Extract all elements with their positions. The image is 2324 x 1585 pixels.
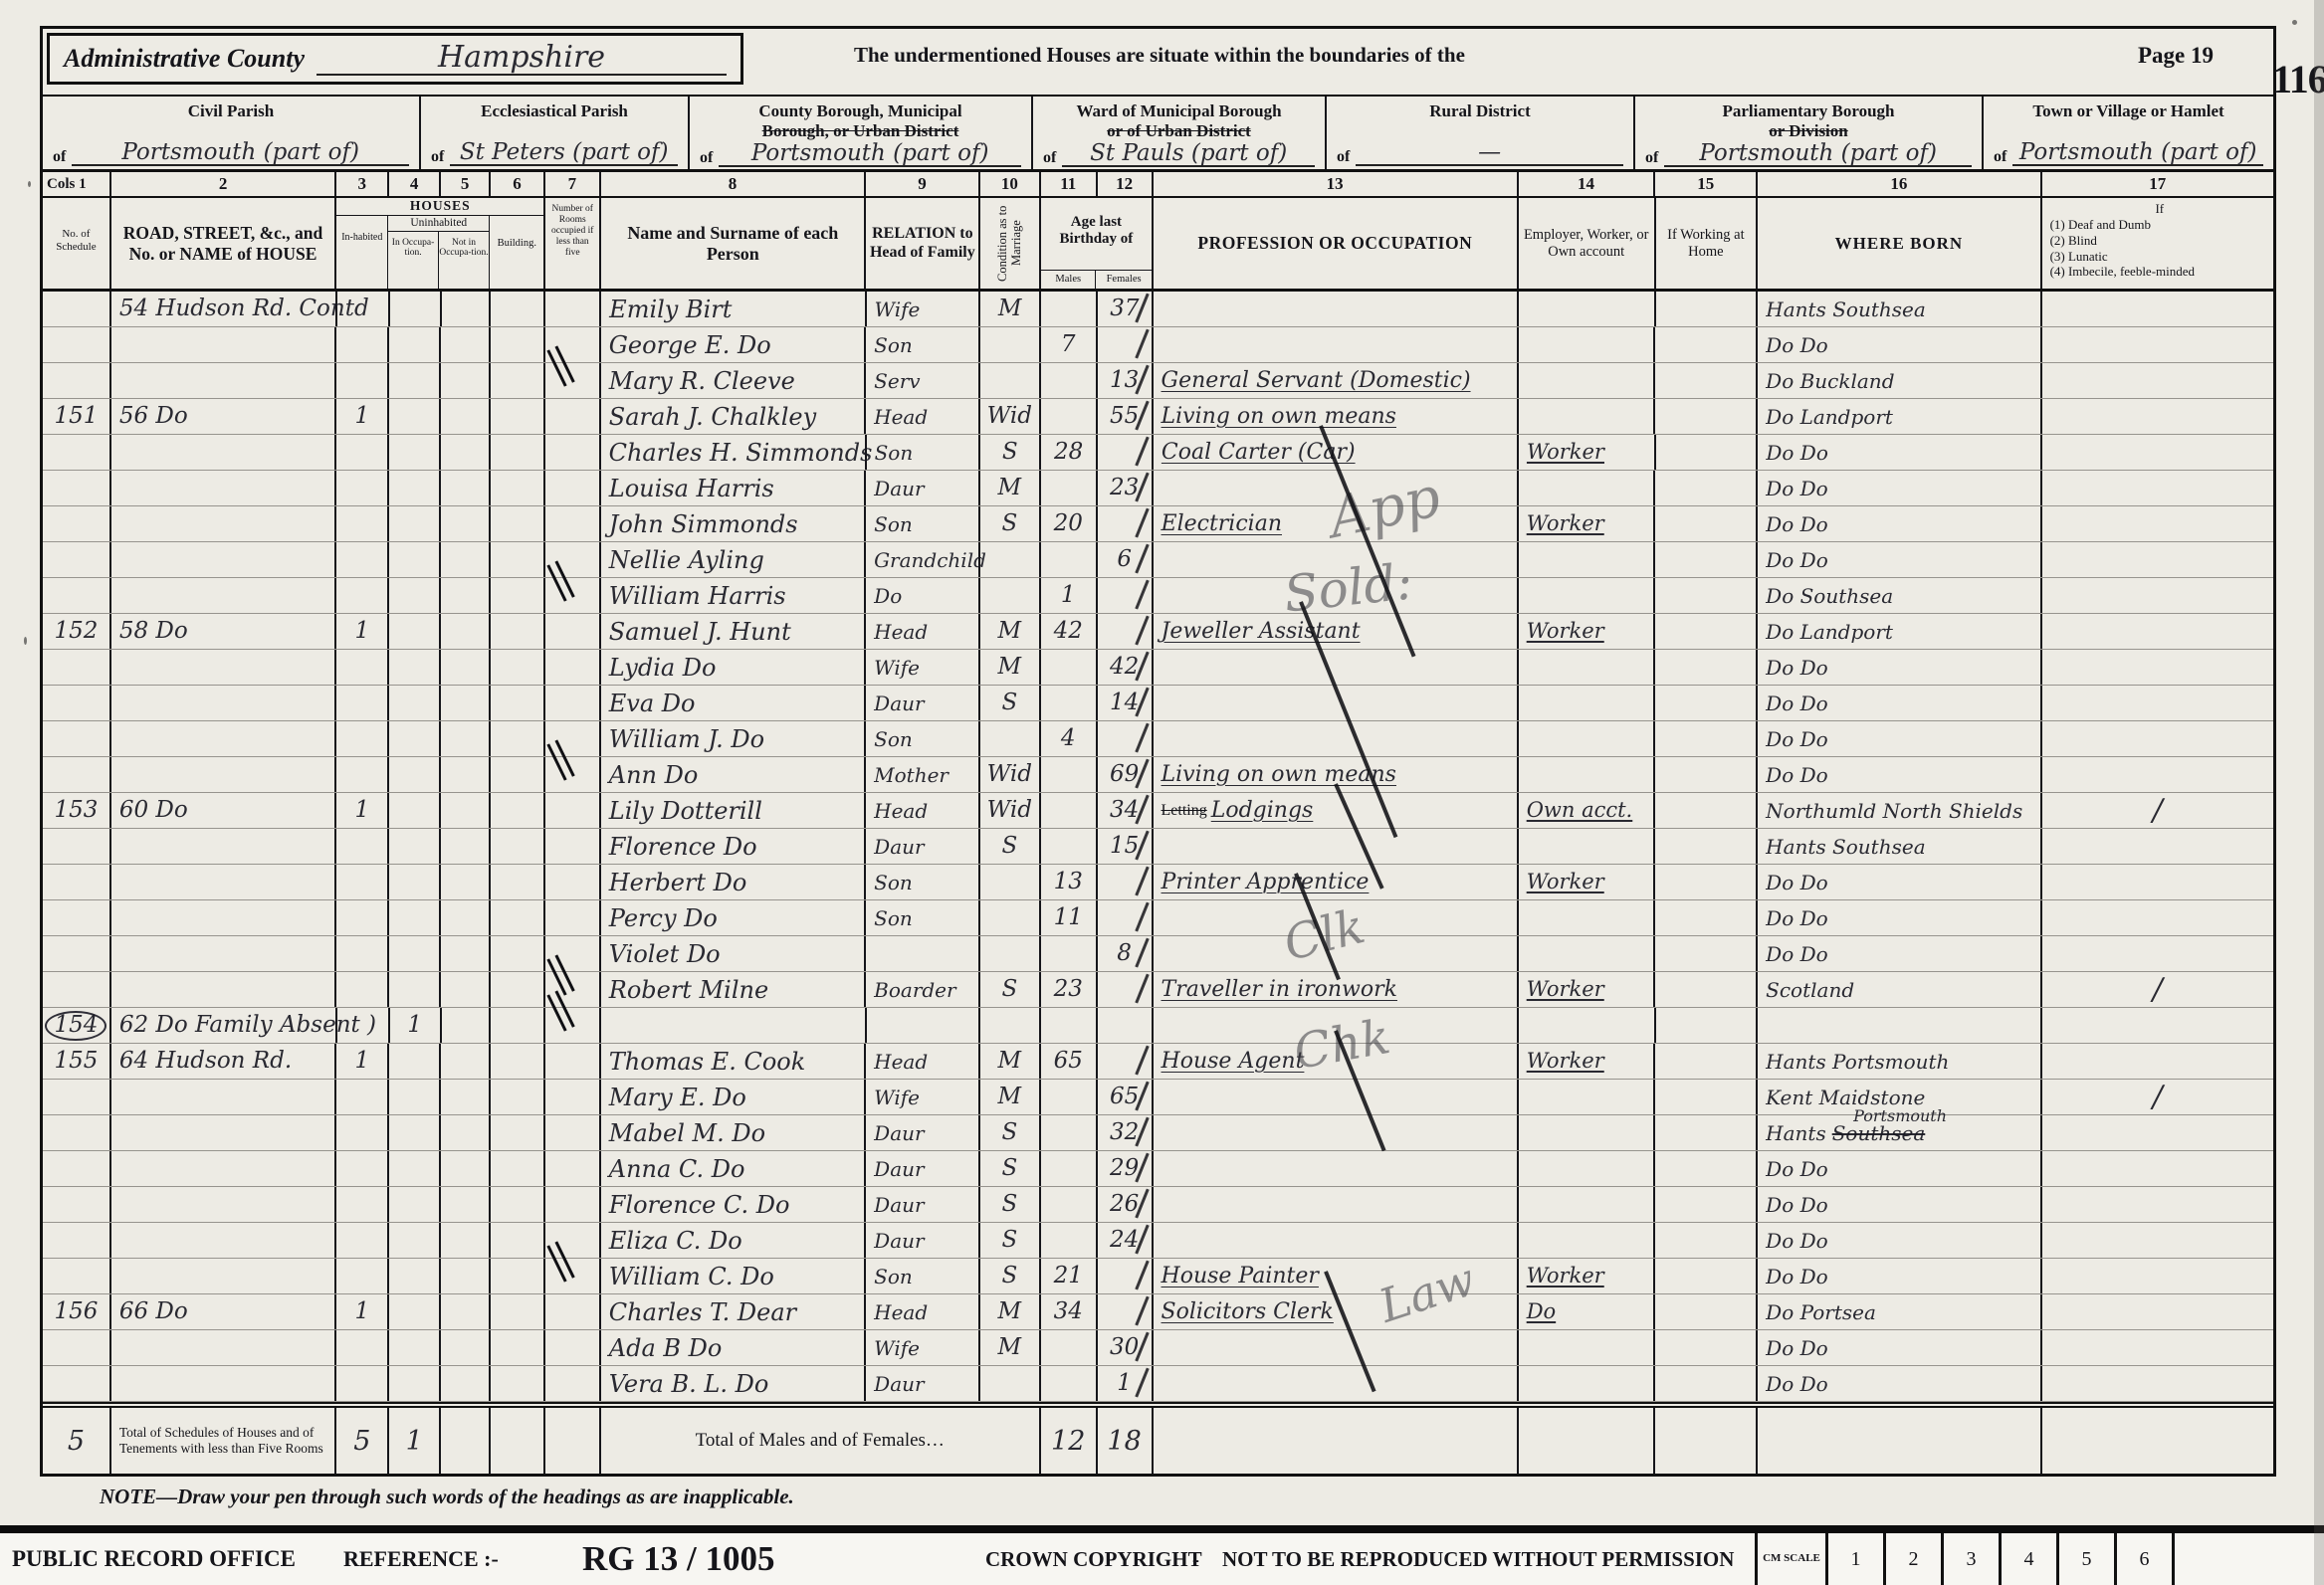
age-females-cell-value: 55 [1110,405,1139,428]
occupation-cell [1154,721,1519,756]
born-cell: Hants Portsmouth [1758,1044,2041,1079]
infirmity-cell [2042,292,2273,326]
relation-cell-value: Grandchild [874,550,986,570]
inhabited-cell [336,363,389,398]
district-label: Ward of Municipal Borough [1076,101,1281,120]
condition-cell [980,900,1041,935]
building-cell [491,936,545,971]
building-cell [491,542,545,577]
in-occupation-cell [390,292,442,326]
condition-cell: S [980,435,1041,470]
census-sheet: Administrative County Hampshire The unde… [0,0,2324,1585]
home-cell [1655,721,1758,756]
born-cell: Do Do [1758,865,2041,899]
census-row: William HarrisDo1Do Southsea [43,578,2273,614]
rooms-cell [545,1294,601,1329]
age-males-cell [1041,363,1098,398]
name-cell-value: George E. Do [609,333,771,357]
rooms-cell [545,1223,601,1258]
infirmity-cell [2042,757,2273,792]
in-occupation-cell [389,399,441,434]
name-cell-value: William C. Do [609,1265,774,1288]
district-rural: Rural District of— [1327,97,1635,169]
occupation-cell [1154,327,1519,362]
condition-cell-value: M [998,1086,1022,1108]
born-cell: Hants Southsea [1758,292,2041,326]
occupation-cell [1154,1080,1519,1114]
schedule-cell [43,578,111,613]
inhabited-cell-value: 1 [354,1050,369,1073]
schedule-cell [43,506,111,541]
census-row: George E. DoSon7Do Do [43,327,2273,363]
name-cell: Nellie Ayling [601,542,866,577]
inhabited-cell [336,1115,389,1150]
road-cell [111,542,336,577]
born-cell [1758,1008,2041,1043]
column-number: 12 [1098,172,1154,196]
relation-cell: Head [866,614,980,649]
infirmity-cell [2042,399,2273,434]
age-males-cell [1041,1151,1098,1186]
born-cell: Do Do [1758,1151,2041,1186]
born-cell: Hants Southsea [1758,829,2041,864]
struck-word: Letting [1162,802,1207,820]
name-cell: Emily Birt [601,292,866,326]
employer-cell [1519,292,1656,326]
rooms-cell [545,1330,601,1365]
not-in-occupation-cell [442,292,492,326]
column-header-row: No. of Schedule ROAD, STREET, &c., and N… [43,198,2273,292]
building-cell [491,1151,545,1186]
infirmity-cell-value: / [2153,975,2163,1005]
not-in-occupation-cell [441,1151,491,1186]
schedule-cell: 154 [43,1008,111,1043]
condition-cell-value: S [1001,835,1017,858]
header-relation: RELATION to Head of Family [866,198,980,289]
born-cell-value: Do Landport [1766,622,1893,642]
age-females-cell-value: 13 [1110,369,1139,392]
in-occupation-cell [389,1330,441,1365]
employer-cell-value: Worker [1527,1266,1604,1287]
census-row: Eliza C. DoDaurS24Do Do [43,1223,2273,1259]
home-cell [1655,1294,1758,1329]
in-occupation-cell [389,614,441,649]
born-cell: Do Do [1758,1330,2041,1365]
name-cell-value: Ann Do [609,763,699,787]
schedule-cell-value: 151 [54,405,98,428]
schedule-cell [43,1223,111,1258]
occupation-cell [1154,578,1519,613]
relation-cell: Do [866,578,980,613]
building-cell [491,721,545,756]
road-cell [111,435,336,470]
condition-cell: S [980,1223,1041,1258]
building-cell [491,435,545,470]
census-row: Violet Do8Do Do [43,936,2273,972]
inhabited-cell [336,1330,389,1365]
inhabited-cell [336,1259,389,1293]
employer-cell [1519,686,1656,720]
total-females: 18 [1107,1426,1141,1457]
occupation-cell [1154,829,1519,864]
in-occupation-cell [389,686,441,720]
born-cell-value: Do Do [1766,729,1828,749]
total-inhabited: 5 [353,1426,370,1457]
condition-cell-value: S [1002,441,1018,464]
infirmity-cell [2042,900,2273,935]
census-row: Florence DoDaurS15Hants Southsea [43,829,2273,865]
cm-scale-ruler: CM SCALE 123456 [1755,1533,2175,1585]
building-cell [491,506,545,541]
not-in-occupation-cell [441,865,491,899]
in-occupation-cell [389,327,441,362]
inhabited-cell [336,578,389,613]
home-cell [1655,793,1758,828]
relation-cell: Daur [866,1366,980,1401]
schedule-cell [43,1259,111,1293]
home-cell [1655,614,1758,649]
infirmity-cell [2042,1366,2273,1401]
relation-cell-value: Wife [874,1088,920,1107]
inhabited-cell [336,471,389,505]
employer-cell: Worker [1519,435,1656,470]
age-females-cell-value: 14 [1110,692,1139,714]
schedule-cell [43,327,111,362]
census-row: William J. DoSon4Do Do [43,721,2273,757]
employer-cell-value: Worker [1527,513,1604,534]
ruler-cell: 5 [2059,1533,2117,1585]
employer-cell-value: Worker [1527,872,1604,892]
not-in-occupation-cell [441,1187,491,1222]
age-males-cell [1041,650,1098,685]
rooms-cell [545,1151,601,1186]
rooms-cell [545,435,601,470]
schedule-cell: 152 [43,614,111,649]
age-males-cell: 7 [1041,327,1098,362]
of-label: of [1043,149,1056,167]
name-cell-value: Samuel J. Hunt [609,620,791,644]
employer-cell [1519,1223,1656,1258]
road-cell-value: 64 Hudson Rd. [119,1050,292,1073]
name-cell-value: Eva Do [609,692,696,715]
schedule-cell [43,1080,111,1114]
condition-cell-value: M [998,620,1022,643]
employer-cell [1519,1187,1656,1222]
schedule-cell [43,435,111,470]
born-cell-value: Do Landport [1766,407,1893,427]
boundary-note: The undermentioned Houses are situate wi… [854,43,1465,68]
inhabited-cell [336,936,389,971]
name-cell: William C. Do [601,1259,866,1293]
home-cell [1655,1330,1758,1365]
occupation-cell-value: Printer Apprentice [1162,872,1370,893]
column-number: 17 [2042,172,2273,196]
not-in-occupation-cell [441,506,491,541]
road-cell-value: 54 Hudson Rd. Contd [119,297,369,320]
relation-cell: Head [866,793,980,828]
age-males-cell [1041,542,1098,577]
infirmity-cell: / [2042,793,2273,828]
road-cell [111,1187,337,1222]
home-cell [1655,865,1758,899]
condition-cell-value: M [998,1300,1022,1323]
inhabited-cell [336,829,389,864]
infirmity-cell [2042,1044,2273,1079]
condition-cell-value: S [1001,1157,1017,1180]
occupation-cell-value: Living on own means [1162,406,1396,428]
census-row: 54 Hudson Rd. ContdEmily BirtWifeM37Hant… [43,292,2273,327]
relation-cell-value: Daur [874,837,924,857]
column-number: 15 [1655,172,1758,196]
building-cell [491,363,545,398]
age-males-cell-value: 23 [1054,978,1083,1001]
infirmity-cell [2042,1259,2273,1293]
employer-cell: Worker [1519,972,1656,1007]
relation-cell: Son [866,506,980,541]
schedule-cell [43,471,111,505]
occupation-cell [1154,1366,1519,1401]
name-cell: Florence Do [601,829,866,864]
relation-cell-value: Daur [874,1374,924,1394]
building-cell [491,650,545,685]
inhabited-cell [336,865,389,899]
condition-cell-value: M [998,656,1022,679]
name-cell: Ada B Do [601,1330,866,1365]
condition-cell-value: M [998,297,1022,320]
condition-cell-value: S [1001,1121,1017,1144]
column-number: 10 [980,172,1041,196]
not-in-occupation-cell [441,829,491,864]
in-occupation-cell [389,542,441,577]
relation-cell-value: Son [874,908,913,928]
age-males-cell [1041,793,1098,828]
ruler-cell: 4 [2002,1533,2059,1585]
name-cell: Charles H. Simmonds [601,435,867,470]
folio-number: 116 [2272,56,2322,102]
age-males-cell [1041,829,1098,864]
name-cell-value: Mary E. Do [609,1086,746,1109]
born-cell-value: Scotland [1766,980,1854,1000]
name-cell: William Harris [601,578,866,613]
not-in-occupation-cell [441,327,491,362]
relation-cell: Daur [866,1187,980,1222]
header-age: Age last Birthday of [1041,198,1152,270]
rooms-cell [545,936,601,971]
age-females-cell-value: 30 [1110,1336,1139,1359]
home-cell [1655,1366,1758,1401]
administrative-county-label: Administrative County [64,44,305,74]
form-frame: Administrative County Hampshire The unde… [40,26,2276,1477]
district-label-struck: or of Urban District [1107,121,1251,140]
schedule-cell [43,292,111,326]
not-in-occupation-cell [441,1115,491,1150]
condition-cell [980,721,1041,756]
name-cell-value: Vera B. L. Do [609,1372,769,1396]
in-occupation-cell [389,757,441,792]
building-cell [491,1115,545,1150]
road-cell: 60 Do [111,793,337,828]
name-cell-value: Florence C. Do [609,1193,790,1217]
occupation-cell: Printer Apprentice [1154,865,1519,899]
district-label-struck: or Division [1769,121,1848,140]
occupation-cell-value: Coal Carter (Car) [1162,442,1356,464]
condition-cell: M [980,1080,1041,1114]
occupation-cell-value: Traveller in ironwork [1162,979,1397,1001]
condition-cell-value: S [1001,1229,1017,1252]
name-cell-value: Louisa Harris [609,477,774,500]
relation-cell: Head [866,399,980,434]
road-cell [111,327,337,362]
occupation-cell [1154,292,1519,326]
road-cell-value: 66 Do [119,1300,188,1323]
condition-cell-value: S [1001,978,1017,1001]
age-males-cell [1041,1366,1098,1401]
condition-cell: M [980,650,1041,685]
census-row: Mabel M. DoDaurS32HantsSouthseaPortsmout… [43,1115,2273,1151]
employer-cell [1519,757,1656,792]
born-cell: Do Do [1758,1366,2041,1401]
relation-cell: Head [866,1294,980,1329]
employer-cell [1519,471,1656,505]
header-schedule: No. of Schedule [43,198,111,289]
condition-cell: S [980,506,1041,541]
building-cell [491,1330,545,1365]
age-females-cell-value: 65 [1110,1086,1139,1108]
ruler-cell: 6 [2117,1533,2175,1585]
scan-speck [2292,20,2297,25]
name-cell-value: Sarah J. Chalkley [609,405,816,429]
inhabited-cell-value: 1 [354,799,369,822]
totals-label: Total of Schedules of Houses and of Tene… [111,1423,335,1459]
inhabited-cell [336,1223,389,1258]
road-cell [111,1259,337,1293]
home-cell [1655,936,1758,971]
schedule-cell [43,650,111,685]
age-females-cell-value: 37 [1110,297,1139,320]
born-cell-value: Hants Southsea [1766,299,1925,319]
district-label: Rural District [1429,101,1531,120]
ruler-cell: 3 [1944,1533,2002,1585]
schedule-cell [43,1115,111,1150]
district-civil-parish: Civil Parish ofPortsmouth (part of) [43,97,421,169]
building-cell [491,972,545,1007]
in-occupation-cell [389,471,441,505]
relation-cell: Daur [866,686,980,720]
relation-cell: Son [866,865,980,899]
in-occupation-cell [389,972,441,1007]
born-cell: Do Southsea [1758,578,2041,613]
inhabited-cell [336,686,389,720]
relation-cell-value: Daur [874,1159,924,1179]
top-band: Administrative County Hampshire The unde… [43,29,2273,95]
road-cell-value: 60 Do [119,799,188,822]
born-cell-value: Do Do [1766,550,1828,570]
column-number: 14 [1519,172,1656,196]
born-cell: Do Do [1758,435,2041,470]
born-cell-value: Do Do [1766,944,1828,964]
header-rooms: Number of Rooms occupied if less than fi… [545,198,601,289]
age-males-cell: 42 [1041,614,1098,649]
rooms-cell [545,793,601,828]
name-cell-value: William Harris [609,584,786,608]
in-occupation-cell [389,900,441,935]
rooms-cell [545,1366,601,1401]
inhabited-cell [337,292,390,326]
employer-cell [1519,363,1656,398]
employer-cell: Worker [1519,1259,1656,1293]
condition-cell [980,1008,1041,1043]
name-cell-value: Violet Do [609,942,721,966]
in-occupation-cell [389,578,441,613]
inhabited-cell-value: 1 [354,620,369,643]
name-cell: Eliza C. Do [601,1223,866,1258]
age-males-cell [1041,1223,1098,1258]
employer-cell [1519,1366,1656,1401]
home-cell [1655,399,1758,434]
born-cell-value: Do Portsea [1766,1302,1876,1322]
district-value: — [1356,141,1623,166]
condition-cell [980,363,1041,398]
relation-cell: Wife [866,1080,980,1114]
header-inhabited: In-habited [336,216,388,289]
column-number-row: Cols 1234567891011121314151617 [43,172,2273,198]
born-cell-value: Hants Southsea [1766,837,1925,857]
building-cell [491,1223,545,1258]
relation-cell-value: Wife [874,658,920,678]
in-occupation-cell [389,936,441,971]
in-occupation-cell [389,506,441,541]
in-occupation-cell: 1 [390,1008,442,1043]
relation-cell [866,936,980,971]
born-cell-value: Do Buckland [1766,371,1894,391]
age-males-cell-value: 7 [1061,333,1076,356]
district-value: Portsmouth (part of) [2012,141,2263,166]
building-cell [491,1259,545,1293]
born-cell: Do Do [1758,686,2041,720]
home-cell [1656,292,1759,326]
condition-cell: Wid [980,399,1041,434]
age-males-cell [1041,1330,1098,1365]
relation-cell-value: Daur [874,1123,924,1143]
administrative-county-box: Administrative County Hampshire [47,33,743,85]
age-males-cell-value: 34 [1054,1300,1083,1323]
district-label: Civil Parish [188,101,274,120]
occupation-cell: House Painter [1154,1259,1519,1293]
age-females-cell-value: 42 [1110,656,1139,679]
home-cell [1655,686,1758,720]
relation-cell-value: Son [874,729,913,749]
district-value: St Peters (part of) [450,141,678,166]
name-cell: Ann Do [601,757,866,792]
age-males-cell [1041,1080,1098,1114]
column-number: 8 [601,172,866,196]
column-number: 5 [441,172,491,196]
age-males-cell [1041,1115,1098,1150]
road-cell-value: 56 Do [119,405,188,428]
not-in-occupation-cell [441,471,491,505]
relation-cell-value: Son [875,443,914,463]
born-cell: Do Do [1758,757,2041,792]
road-cell [111,1080,337,1114]
occupation-cell: Living on own means [1154,399,1519,434]
schedule-cell [43,721,111,756]
infirmity-cell [2042,363,2273,398]
district-ward: Ward of Municipal Boroughor of Urban Dis… [1033,97,1327,169]
road-cell [111,721,337,756]
employer-cell-value: Worker [1527,621,1604,642]
in-occupation-cell [389,1294,441,1329]
condition-cell: M [980,471,1041,505]
